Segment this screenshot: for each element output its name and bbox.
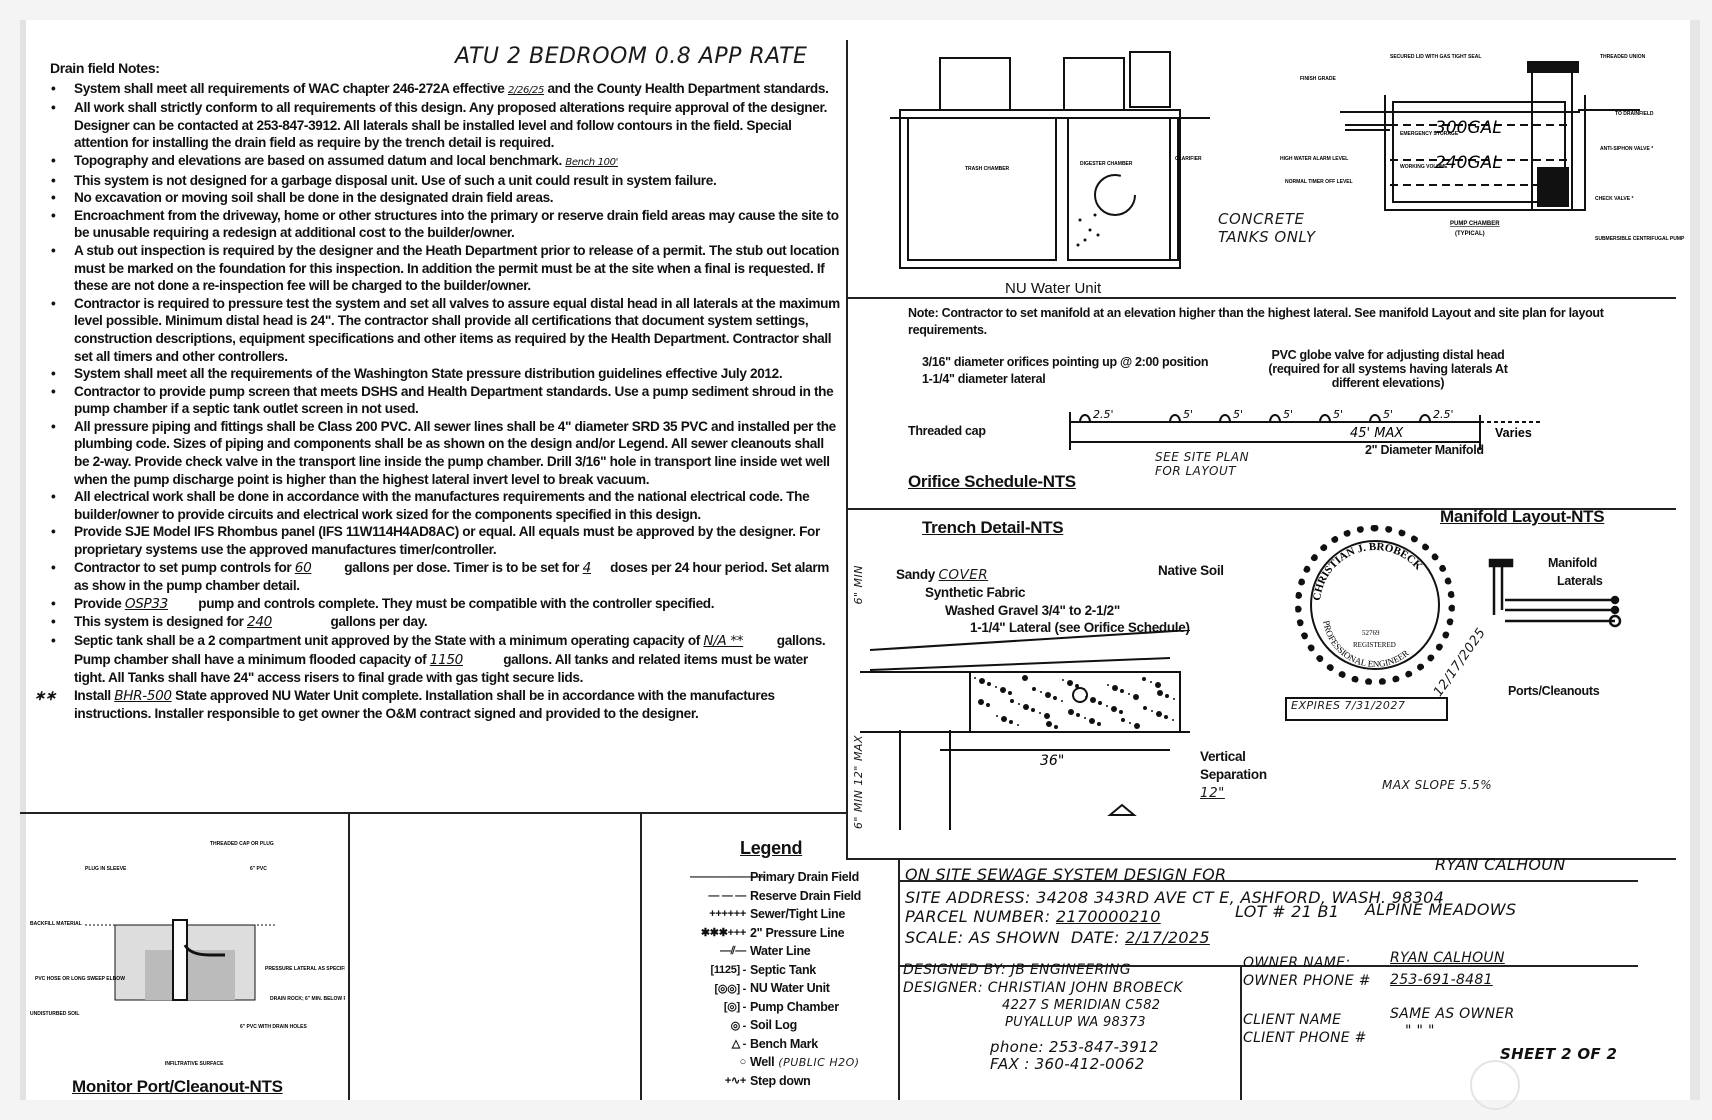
stamp-text: CHRISTIAN J. BROBECK PROFESSIONAL ENGINE… — [1295, 525, 1455, 685]
svg-text:THREADED CAP OR PLUG: THREADED CAP OR PLUG — [210, 841, 274, 847]
svg-text:BACKFILL MATERIAL: BACKFILL MATERIAL — [30, 921, 82, 927]
frame-divider — [846, 297, 1676, 299]
svg-text:6" PVC: 6" PVC — [250, 866, 267, 872]
laterals-label: Laterals — [1557, 574, 1603, 588]
svg-text:TRASH CHAMBER: TRASH CHAMBER — [965, 166, 1010, 172]
note-item: Provide SJE Model IFS Rhombus panel (IFS… — [50, 523, 840, 558]
manifold-layout-title: Manifold Layout-NTS — [1440, 507, 1604, 527]
svg-text:NORMAL TIMER OFF LEVEL: NORMAL TIMER OFF LEVEL — [1285, 179, 1353, 185]
gravel-label: Washed Gravel 3/4" to 2-1/2" — [945, 603, 1120, 618]
frame-divider — [846, 40, 848, 860]
svg-text:PLUG IN SLEEVE: PLUG IN SLEEVE — [85, 866, 127, 872]
client-header: RYAN CALHOUN — [1435, 855, 1566, 874]
note-install: Install BHR-500 State approved NU Water … — [50, 687, 840, 723]
svg-text:EMERGENCY STORAGE: EMERGENCY STORAGE — [1400, 131, 1459, 137]
note-item: No excavation or moving soil shall be do… — [50, 189, 840, 207]
note-item: This system is not designed for a garbag… — [50, 172, 840, 190]
note-item: All electrical work shall be done in acc… — [50, 488, 840, 523]
legend-item: [1125] -Septic Tank — [690, 961, 900, 980]
owner-phone: 253-691-8481 — [1390, 972, 1493, 988]
svg-text:5': 5' — [1283, 408, 1293, 421]
nu-water-unit-diagram: TRASH CHAMBER DIGESTER CHAMBER CLARIFIER — [880, 40, 1210, 280]
svg-text:2.5': 2.5' — [1093, 408, 1114, 421]
legend-symbol-icon: +∿+ — [690, 1074, 750, 1087]
legend-item: ++++++Sewer/Tight Line — [690, 905, 900, 924]
svg-text:TO DRAINFIELD: TO DRAINFIELD — [1615, 111, 1654, 117]
title-block-divider — [1240, 965, 1242, 1100]
legend-item: —⫽—Water Line — [690, 942, 900, 961]
lot-number: LOT # 21 B1 — [1235, 902, 1339, 921]
legend-symbol-icon: △ - — [690, 1037, 750, 1050]
svg-text:REGISTERED: REGISTERED — [1353, 641, 1396, 649]
legend-item: +∿+Step down — [690, 1072, 900, 1091]
cover-min-label: 6" MIN — [852, 565, 865, 605]
svg-text:5': 5' — [1183, 408, 1193, 421]
pump-chamber-diagram: 300GAL 240GAL EMERGENCY STORAGE WORKING … — [1240, 50, 1690, 290]
svg-text:2.5': 2.5' — [1433, 408, 1454, 421]
note-item: Encroachment from the driveway, home or … — [50, 207, 840, 242]
legend-item: ✱✱✱+++2" Pressure Line — [690, 924, 900, 943]
note-item: A stub out inspection is required by the… — [50, 242, 840, 295]
legend-symbol-icon: [1125] - — [690, 964, 750, 976]
client-name: SAME AS OWNER — [1390, 1006, 1515, 1022]
note-septic: Septic tank shall be a 2 compartment uni… — [50, 632, 840, 687]
orifices-label: 3/16" diameter orifices pointing up @ 2:… — [922, 355, 1208, 369]
svg-text:45' MAX: 45' MAX — [1350, 426, 1404, 441]
svg-text:CHRISTIAN J. BROBECK: CHRISTIAN J. BROBECK — [1311, 541, 1425, 602]
legend-symbol-icon: ——————— — [690, 871, 750, 883]
client-phone-label: CLIENT PHONE # — [1243, 1030, 1367, 1046]
note-item: All pressure piping and fittings shall b… — [50, 418, 840, 488]
svg-text:240GAL: 240GAL — [1435, 153, 1502, 173]
notes-list-filled: Contractor to set pump controls for 60 g… — [50, 559, 840, 723]
svg-text:PUMP CHAMBER: PUMP CHAMBER — [1450, 221, 1500, 227]
svg-text:(TYPICAL): (TYPICAL) — [1455, 231, 1485, 237]
legend-item: ———————Primary Drain Field — [690, 868, 900, 887]
legend-item: [◎] -Pump Chamber — [690, 998, 900, 1017]
owner-name: RYAN CALHOUN — [1390, 950, 1505, 966]
notes-title: Drain field Notes: — [50, 60, 840, 78]
design-for: ON SITE SEWAGE SYSTEM DESIGN FOR — [905, 865, 1226, 884]
nu-water-unit-title: NU Water Unit — [1005, 280, 1101, 297]
manifold-label: Manifold — [1548, 556, 1597, 570]
monitor-port-diagram: PLUG IN SLEEVE THREADED CAP OR PLUG 6" P… — [25, 830, 345, 1070]
legend-item: △ -Bench Mark — [690, 1035, 900, 1054]
svg-text:5': 5' — [1333, 408, 1343, 421]
svg-text:THREADED UNION: THREADED UNION — [1600, 54, 1646, 60]
monitor-port-title: Monitor Port/Cleanout-NTS — [72, 1077, 283, 1097]
legend-symbol-icon: ○ — [690, 1056, 750, 1068]
svg-text:PVC HOSE OR LONG SWEEP ELBOW: PVC HOSE OR LONG SWEEP ELBOW — [35, 976, 125, 982]
concrete-tanks-note: CONCRETE TANKS ONLY — [1218, 210, 1318, 246]
designer: DESIGNER: CHRISTIAN JOHN BROBECK — [903, 980, 1183, 996]
parcel-number: PARCEL NUMBER: 2170000210 — [905, 907, 1161, 926]
svg-text:52769: 52769 — [1362, 629, 1380, 637]
orifice-schedule-title: Orifice Schedule-NTS — [908, 472, 1076, 492]
legend-symbol-icon: ✱✱✱+++ — [690, 926, 750, 939]
designed-by: DESIGNED BY: JB ENGINEERING — [903, 962, 1131, 978]
svg-text:UNDISTURBED SOIL: UNDISTURBED SOIL — [30, 1011, 79, 1017]
note-item: Contractor is required to pressure test … — [50, 295, 840, 365]
svg-text:HIGH WATER ALARM LEVEL: HIGH WATER ALARM LEVEL — [1280, 156, 1348, 162]
note-pump-controls: Contractor to set pump controls for 60 g… — [50, 559, 840, 595]
legend-symbol-icon: [◎◎] - — [690, 982, 750, 995]
depth-label: 6" MIN 12" MAX — [852, 735, 865, 829]
note-pump: Provide OSP33 pump and controls complete… — [50, 595, 840, 614]
client-name-label: CLIENT NAME — [1243, 1012, 1341, 1028]
designer-address2: PUYALLUP WA 98373 — [1005, 1015, 1146, 1030]
trench-diagram: 36" — [860, 630, 1190, 830]
scrollbar[interactable] — [1690, 20, 1700, 1100]
legend-title: Legend — [740, 838, 802, 859]
svg-text:CLARIFIER: CLARIFIER — [1175, 156, 1202, 162]
legend-symbol-icon: ◎ - — [690, 1019, 750, 1032]
svg-text:6" PVC WITH DRAIN HOLES: 6" PVC WITH DRAIN HOLES — [240, 1024, 307, 1030]
owner-name-label: OWNER NAME: — [1243, 955, 1350, 971]
stamp-expiry: EXPIRES 7/31/2027 — [1285, 697, 1448, 721]
legend-item: ◎ -Soil Log — [690, 1016, 900, 1035]
svg-text:WORKING VOLUME: WORKING VOLUME — [1400, 164, 1448, 170]
legend-symbol-icon: ++++++ — [690, 908, 750, 920]
designer-phone: phone: 253-847-3912 — [990, 1038, 1159, 1056]
drain-field-notes: Drain field Notes: System shall meet all… — [50, 60, 840, 723]
manifold-diameter-label: 2" Diameter Manifold — [1365, 443, 1484, 457]
threaded-cap-label: Threaded cap — [908, 424, 986, 438]
svg-text:SUBMERSIBLE CENTRIFUGAL PUMP: SUBMERSIBLE CENTRIFUGAL PUMP — [1595, 236, 1685, 242]
sandy-label: Sandy COVER — [896, 567, 988, 583]
ports-cleanouts-label: Ports/Cleanouts — [1508, 684, 1599, 698]
note-design-flow: This system is designed for 240 gallons … — [50, 613, 840, 632]
owner-phone-label: OWNER PHONE # — [1243, 973, 1371, 989]
svg-text:36": 36" — [1040, 753, 1064, 769]
svg-text:DIGESTER CHAMBER: DIGESTER CHAMBER — [1080, 161, 1133, 167]
legend-symbol-icon: [◎] - — [690, 1000, 750, 1013]
svg-text:5': 5' — [1233, 408, 1243, 421]
note-item: System shall meet all the requirements o… — [50, 365, 840, 383]
site-address: SITE ADDRESS: 34208 343RD AVE CT E, ASHF… — [905, 888, 1444, 907]
fabric-label: Synthetic Fabric — [925, 585, 1025, 600]
svg-text:FINISH GRADE: FINISH GRADE — [1300, 76, 1337, 82]
legend-item: ○Well(PUBLIC H2O) — [690, 1053, 900, 1072]
note-item: Contractor to provide pump screen that m… — [50, 383, 840, 418]
client-phone: " " " — [1405, 1023, 1435, 1039]
svg-text:ANTI-SIPHON VALVE *: ANTI-SIPHON VALVE * — [1600, 146, 1653, 152]
legend-item: — — —Reserve Drain Field — [690, 887, 900, 906]
frame-divider — [348, 812, 350, 1100]
native-soil-label: Native Soil — [1158, 563, 1224, 578]
svg-text:5': 5' — [1383, 408, 1393, 421]
svg-text:CHECK VALVE *: CHECK VALVE * — [1595, 196, 1633, 202]
sheet-number: SHEET 2 OF 2 — [1500, 1045, 1617, 1063]
designer-address1: 4227 S MERIDIAN C582 — [1002, 998, 1160, 1013]
see-site-plan-note: SEE SITE PLAN FOR LAYOUT — [1155, 450, 1265, 478]
note-item: System shall meet all requirements of WA… — [50, 80, 840, 100]
legend-item: [◎◎] -NU Water Unit — [690, 979, 900, 998]
designer-fax: FAX : 360-412-0062 — [990, 1055, 1145, 1073]
orifice-note: Note: Contractor to set manifold at an e… — [908, 305, 1628, 339]
frame-divider — [640, 812, 642, 1100]
max-slope-note: MAX SLOPE 5.5% — [1382, 778, 1492, 792]
legend-symbol-icon: —⫽— — [690, 945, 750, 958]
scale-date: SCALE: AS SHOWN DATE: 2/17/2025 — [905, 928, 1210, 947]
lateral-label: 1-1/4" diameter lateral — [922, 372, 1045, 386]
subdivision: ALPINE MEADOWS — [1365, 900, 1516, 919]
globe-valve-label: PVC globe valve for adjusting distal hea… — [1258, 348, 1518, 390]
svg-text:PRESSURE LATERAL AS SPECIFIED: PRESSURE LATERAL AS SPECIFIED — [265, 966, 345, 972]
trench-detail-title: Trench Detail-NTS — [922, 518, 1063, 538]
legend: ———————Primary Drain Field— — —Reserve D… — [690, 868, 900, 1090]
vertical-separation-label: Vertical Separation 12" — [1200, 748, 1280, 802]
legend-symbol-icon: — — — — [690, 890, 750, 902]
notes-list: System shall meet all requirements of WA… — [50, 80, 840, 559]
page-indicator-circle[interactable] — [1470, 1060, 1520, 1110]
svg-text:DRAIN ROCK; 6" MIN. BELOW PIPE: DRAIN ROCK; 6" MIN. BELOW PIPE — [270, 996, 345, 1002]
svg-text:INFILTRATIVE SURFACE: INFILTRATIVE SURFACE — [165, 1061, 224, 1067]
svg-text:SECURED LID WITH GAS TIGHT SEA: SECURED LID WITH GAS TIGHT SEAL — [1390, 54, 1481, 60]
note-item: All work shall strictly conform to all r… — [50, 99, 840, 152]
note-item: Topography and elevations are based on a… — [50, 152, 840, 172]
svg-text:Varies: Varies — [1495, 426, 1532, 440]
frame-divider — [20, 812, 846, 814]
